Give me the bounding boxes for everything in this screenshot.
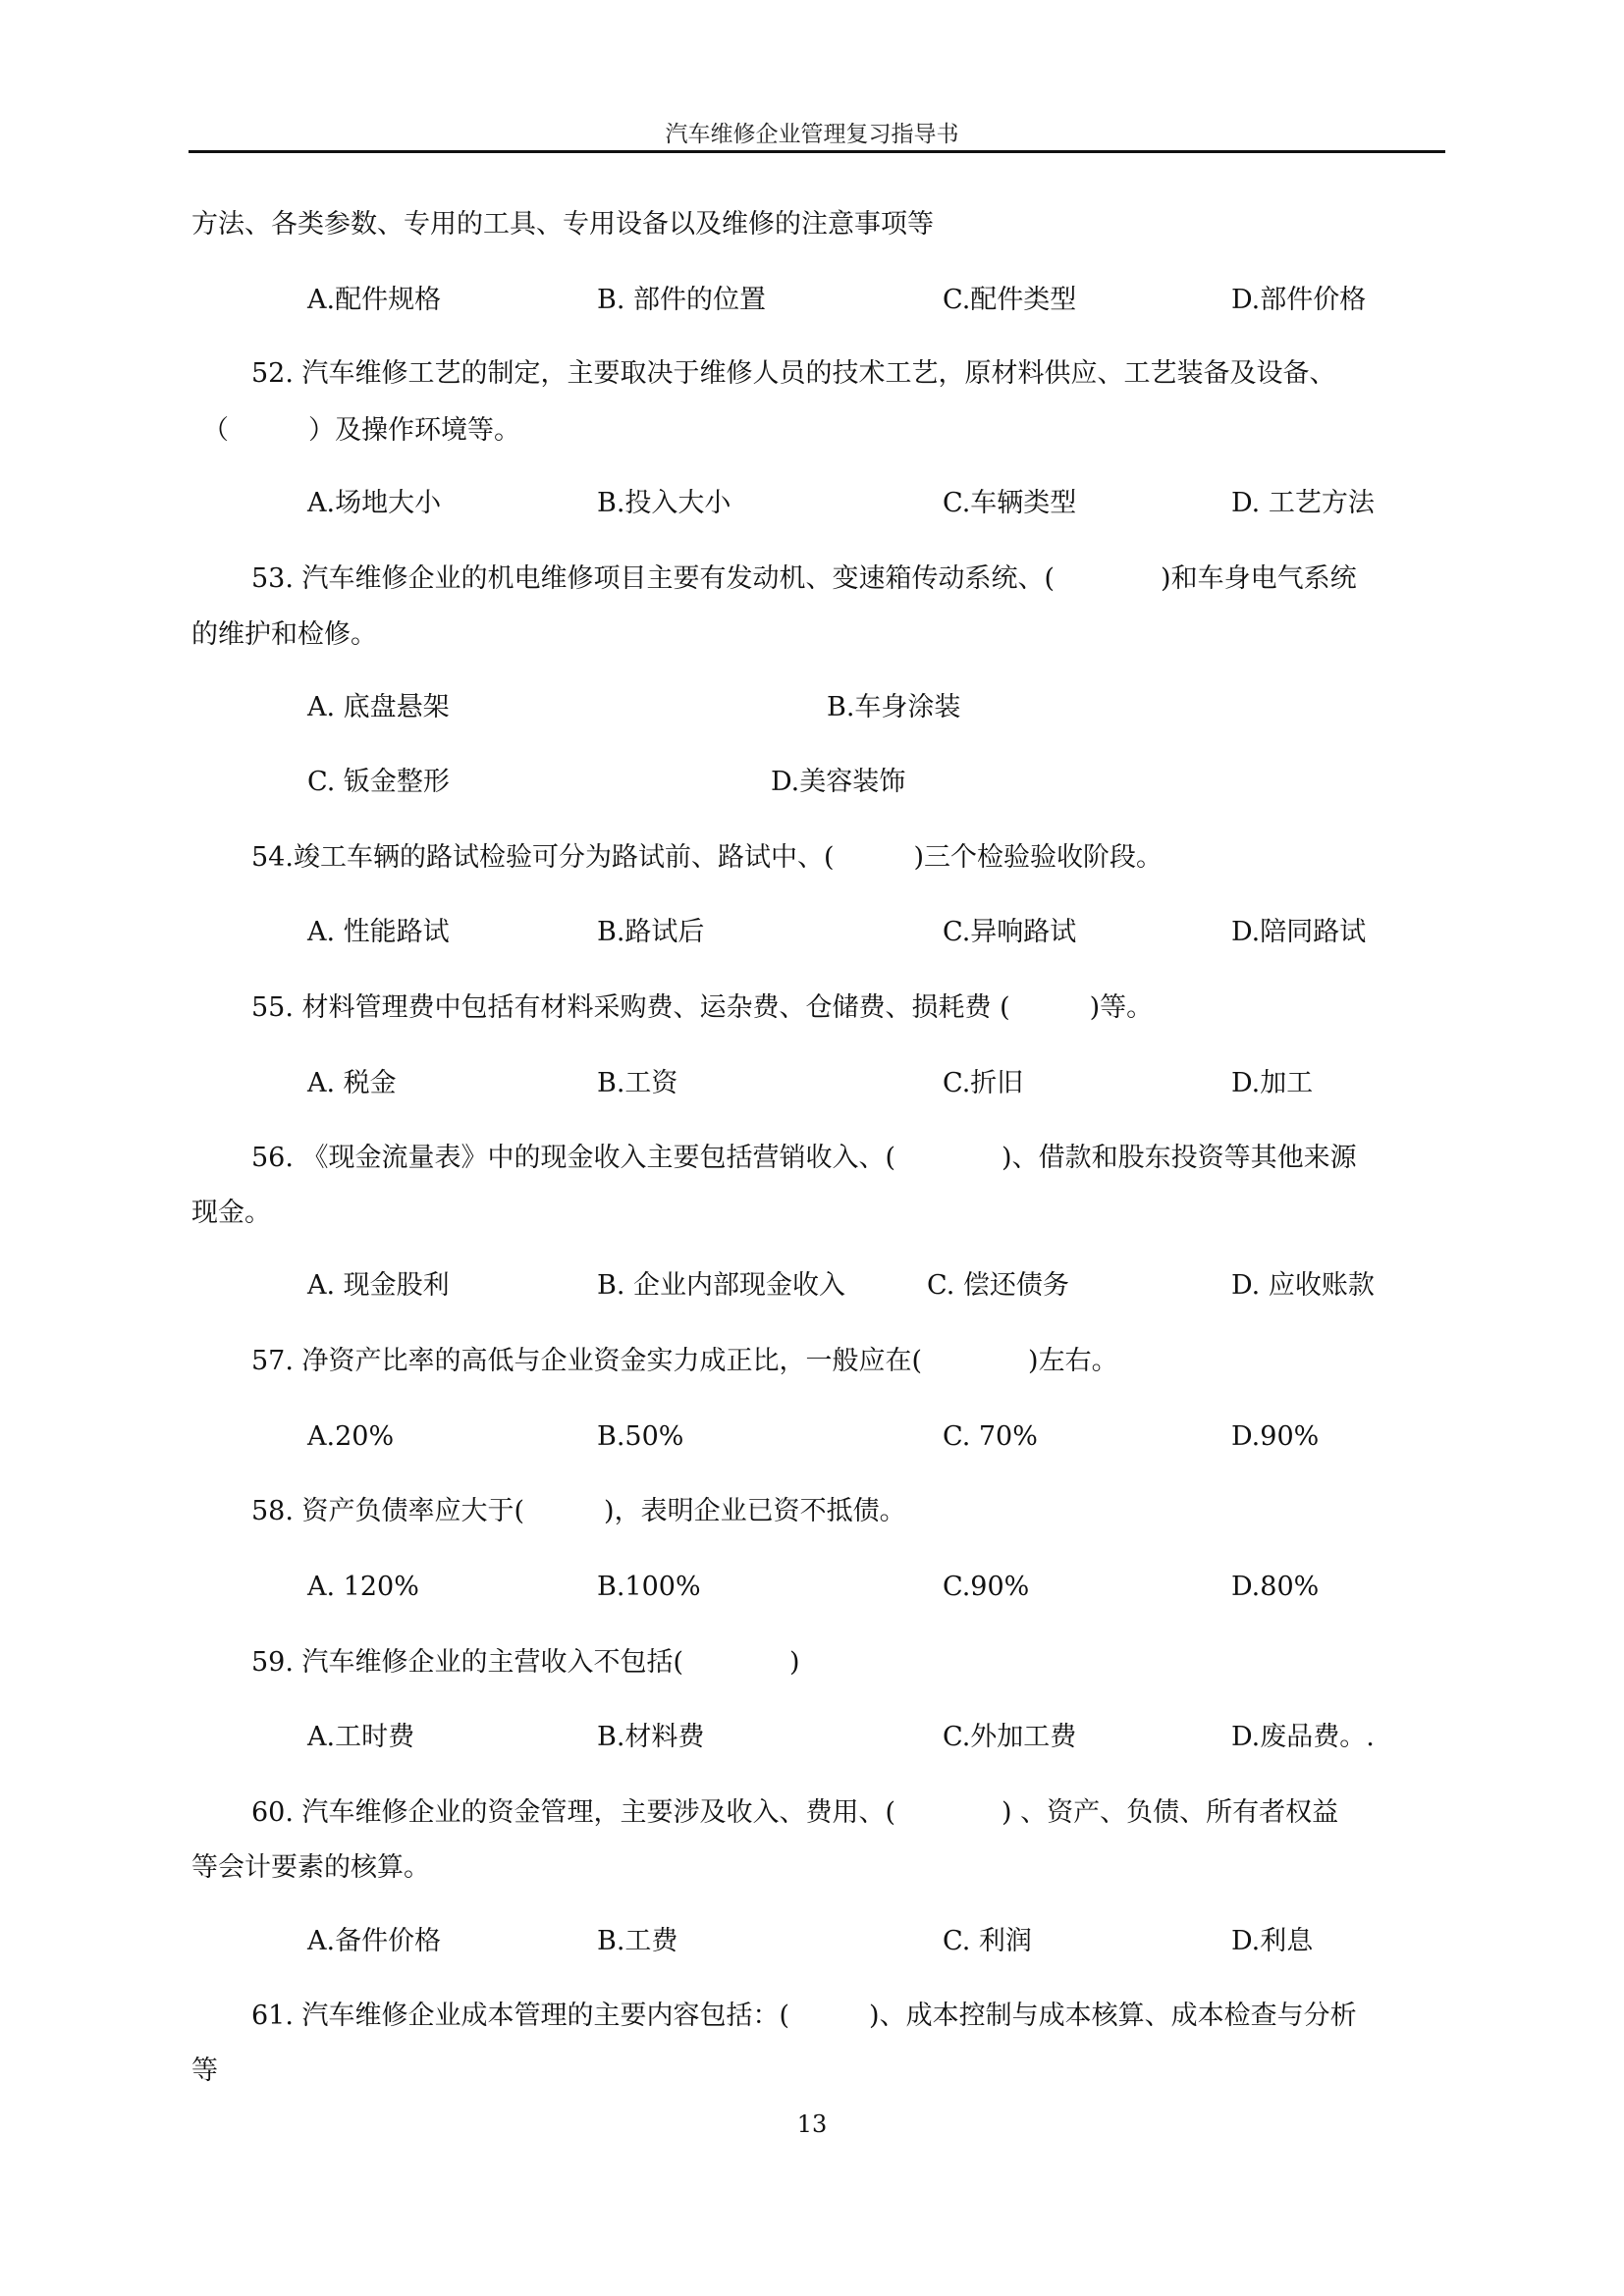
question-text: 56. 《现金流量表》中的现金收入主要包括营销收入、( )、借款和股东投资等其他… (251, 1141, 1357, 1176)
option-a: A. 现金股利 (307, 1268, 450, 1304)
option-c: C.车辆类型 (943, 486, 1076, 521)
option-b: B.50% (597, 1419, 683, 1455)
option-a: A.配件规格 (307, 283, 441, 318)
question-text-cont: （ ）及操作环境等。 (202, 413, 520, 449)
option-d: D.废品费。. (1231, 1720, 1375, 1755)
page-number: 13 (0, 2110, 1624, 2138)
option-b: B.路试后 (597, 915, 704, 950)
question-text: 60. 汽车维修企业的资金管理，主要涉及收入、费用、( ) 、资产、负债、所有者… (251, 1795, 1338, 1831)
option-c: C.异响路试 (943, 915, 1076, 950)
question-text: 52. 汽车维修工艺的制定，主要取决于维修人员的技术工艺，原材料供应、工艺装备及… (251, 356, 1336, 392)
option-a: A. 性能路试 (307, 915, 450, 950)
question-text: 53. 汽车维修企业的机电维修项目主要有发动机、变速箱传动系统、( )和车身电气… (251, 561, 1357, 597)
option-b: B.100% (597, 1570, 701, 1605)
option-c: C. 偿还债务 (927, 1268, 1069, 1304)
question-text-cont: 等会计要素的核算。 (191, 1850, 430, 1886)
option-a: A.20% (307, 1419, 394, 1455)
question-text: 58. 资产负债率应大于( )，表明企业已资不抵债。 (251, 1494, 906, 1529)
option-c: C. 70% (943, 1419, 1038, 1455)
option-d: D. 工艺方法 (1231, 486, 1375, 521)
option-c: C. 钣金整形 (307, 765, 450, 800)
option-d: D.加工 (1231, 1066, 1313, 1101)
question-text: 61. 汽车维修企业成本管理的主要内容包括：( )、成本控制与成本核算、成本检查… (251, 1999, 1357, 2034)
option-d: D.80% (1231, 1570, 1319, 1605)
option-c: C. 利润 (943, 1924, 1032, 1959)
header-rule (189, 150, 1445, 153)
question-text: 57. 净资产比率的高低与企业资金实力成正比，一般应在( )左右。 (251, 1344, 1118, 1379)
question-text: 55. 材料管理费中包括有材料采购费、运杂费、仓储费、损耗费 ( )等。 (251, 990, 1153, 1026)
option-b: B.材料费 (597, 1720, 704, 1755)
option-a: A.场地大小 (307, 486, 441, 521)
question-text: 59. 汽车维修企业的主营收入不包括( ) (251, 1645, 800, 1681)
option-d: D. 应收账款 (1231, 1268, 1375, 1304)
option-d: D.美容装饰 (771, 765, 905, 800)
option-c: C.外加工费 (943, 1720, 1076, 1755)
question-text-cont: 等 (191, 2054, 218, 2089)
continued-text: 方法、各类参数、专用的工具、专用设备以及维修的注意事项等 (191, 207, 934, 242)
option-b: B.工资 (597, 1066, 677, 1101)
option-d: D.利息 (1231, 1924, 1313, 1959)
option-a: A.备件价格 (307, 1924, 441, 1959)
option-a: A. 120% (307, 1570, 419, 1605)
option-b: B.工费 (597, 1924, 677, 1959)
option-a: A. 底盘悬架 (307, 690, 450, 725)
option-d: D.部件价格 (1231, 283, 1366, 318)
question-text-cont: 的维护和检修。 (191, 617, 377, 653)
question-text-cont: 现金。 (191, 1196, 271, 1231)
option-c: C.配件类型 (943, 283, 1076, 318)
option-d: D.90% (1231, 1419, 1319, 1455)
option-d: D.陪同路试 (1231, 915, 1366, 950)
option-c: C.折旧 (943, 1066, 1023, 1101)
option-b: B. 部件的位置 (597, 283, 766, 318)
running-header: 汽车维修企业管理复习指导书 (0, 116, 1624, 148)
question-text: 54.竣工车辆的路试检验可分为路试前、路试中、( )三个检验验收阶段。 (251, 840, 1163, 876)
option-b: B.车身涂装 (827, 690, 960, 725)
option-b: B. 企业内部现金收入 (597, 1268, 845, 1304)
option-c: C.90% (943, 1570, 1029, 1605)
option-a: A.工时费 (307, 1720, 414, 1755)
option-b: B.投入大小 (597, 486, 731, 521)
option-a: A. 税金 (307, 1066, 397, 1101)
